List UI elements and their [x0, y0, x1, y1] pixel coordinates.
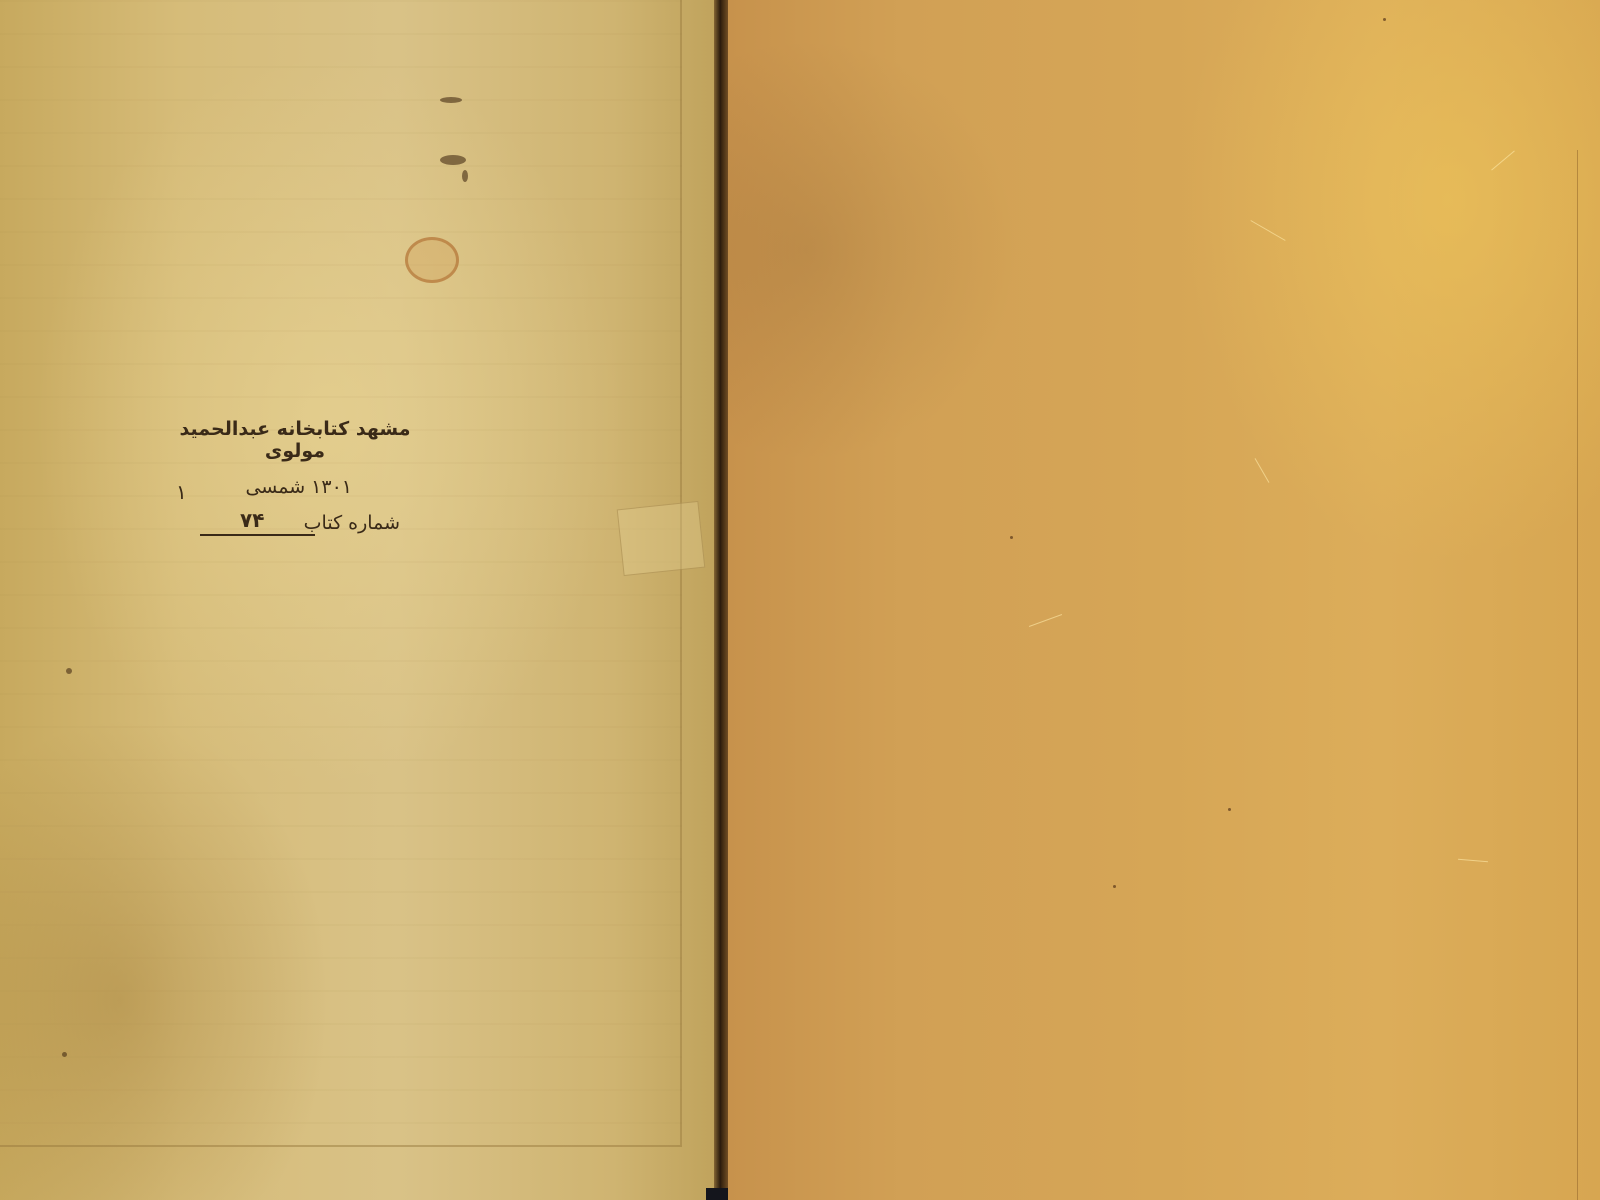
stamp-library-name: مشهد كتابخانه عبدالحميد مولوى	[160, 418, 430, 462]
paper-repair-patch	[617, 501, 706, 576]
paper-fiber	[1029, 614, 1062, 627]
water-stain	[405, 237, 459, 283]
paper-fiber	[1458, 859, 1488, 863]
stamp-book-number-label: شماره كتاب	[304, 512, 400, 534]
right-page-flyleaf	[728, 0, 1600, 1200]
stamp-underline	[200, 534, 315, 536]
speck	[1010, 536, 1013, 539]
speck	[62, 1052, 67, 1057]
library-stamp: مشهد كتابخانه عبدالحميد مولوى ۱۳۰۱ شمسی …	[160, 418, 430, 544]
left-page: مشهد كتابخانه عبدالحميد مولوى ۱۳۰۱ شمسی …	[0, 0, 722, 1200]
page-edge	[1577, 150, 1578, 1200]
speck	[1113, 885, 1116, 888]
speck	[1383, 18, 1386, 21]
manuscript-photo: مشهد كتابخانه عبدالحميد مولوى ۱۳۰۱ شمسی …	[0, 0, 1600, 1200]
book-gutter	[714, 0, 728, 1200]
paper-fiber	[1491, 150, 1515, 170]
paper-fiber	[1255, 458, 1270, 483]
stamp-book-number-value: ۷۴	[240, 508, 264, 532]
ink-smudge	[440, 155, 466, 165]
ink-smudge	[462, 170, 468, 182]
stamp-volume: ۱	[176, 480, 187, 504]
paper-fiber	[1250, 220, 1285, 241]
speck	[1228, 808, 1231, 811]
inner-sheet	[0, 0, 682, 1147]
ink-smudge	[440, 97, 462, 103]
speck	[66, 668, 72, 674]
stamp-year: ۱۳۰۱ شمسی	[245, 476, 352, 498]
